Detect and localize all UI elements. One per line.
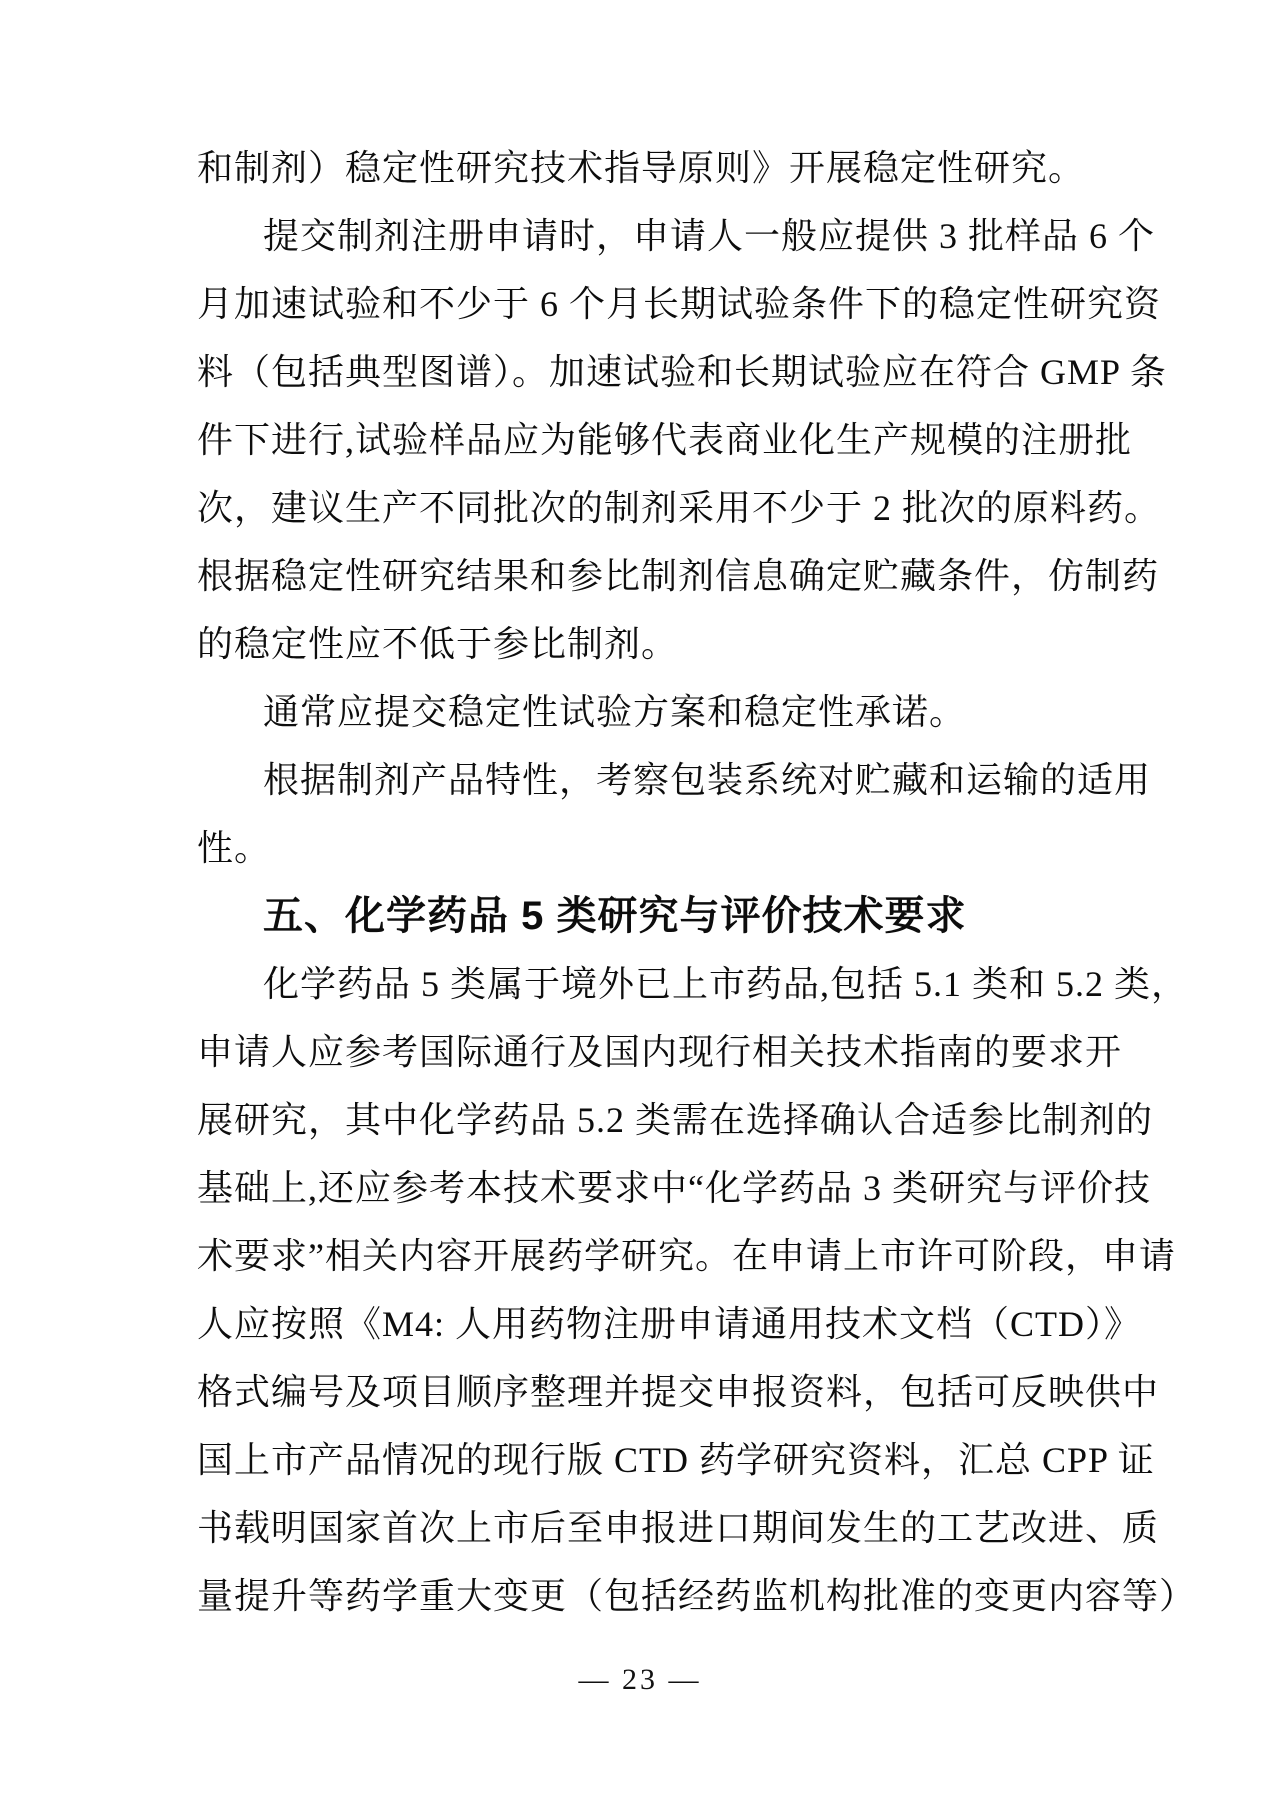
text-line: 次，建议生产不同批次的制剂采用不少于 2 批次的原料药。 bbox=[197, 474, 1085, 542]
text-line: 国上市产品情况的现行版 CTD 药学研究资料，汇总 CPP 证 bbox=[197, 1426, 1085, 1494]
text-line: 件下进行,试验样品应为能够代表商业化生产规模的注册批 bbox=[197, 406, 1085, 474]
text-line: 根据制剂产品特性，考察包装系统对贮藏和运输的适用 bbox=[197, 746, 1085, 814]
text-line: 申请人应参考国际通行及国内现行相关技术指南的要求开 bbox=[197, 1018, 1085, 1086]
text-line: 通常应提交稳定性试验方案和稳定性承诺。 bbox=[197, 678, 1085, 746]
document-page: 和制剂）稳定性研究技术指导原则》开展稳定性研究。提交制剂注册申请时，申请人一般应… bbox=[0, 0, 1280, 1810]
text-line: 提交制剂注册申请时，申请人一般应提供 3 批样品 6 个 bbox=[197, 202, 1085, 270]
page-number: — 23 — bbox=[0, 1658, 1280, 1702]
text-line: 书载明国家首次上市后至申报进口期间发生的工艺改进、质 bbox=[197, 1494, 1085, 1562]
text-line: 量提升等药学重大变更（包括经药监机构批准的变更内容等） bbox=[197, 1562, 1085, 1630]
section-heading: 五、化学药品 5 类研究与评价技术要求 bbox=[197, 882, 1085, 950]
text-line: 展研究，其中化学药品 5.2 类需在选择确认合适参比制剂的 bbox=[197, 1086, 1085, 1154]
text-line: 化学药品 5 类属于境外已上市药品,包括 5.1 类和 5.2 类， bbox=[197, 950, 1085, 1018]
text-line: 人应按照《M4: 人用药物注册申请通用技术文档（CTD）》 bbox=[197, 1290, 1085, 1358]
text-line: 月加速试验和不少于 6 个月长期试验条件下的稳定性研究资 bbox=[197, 270, 1085, 338]
text-line: 的稳定性应不低于参比制剂。 bbox=[197, 610, 1085, 678]
text-line: 格式编号及项目顺序整理并提交申报资料，包括可反映供中 bbox=[197, 1358, 1085, 1426]
text-line: 基础上,还应参考本技术要求中“化学药品 3 类研究与评价技 bbox=[197, 1154, 1085, 1222]
text-line: 和制剂）稳定性研究技术指导原则》开展稳定性研究。 bbox=[197, 134, 1085, 202]
document-body: 和制剂）稳定性研究技术指导原则》开展稳定性研究。提交制剂注册申请时，申请人一般应… bbox=[197, 134, 1085, 1630]
text-line: 根据稳定性研究结果和参比制剂信息确定贮藏条件，仿制药 bbox=[197, 542, 1085, 610]
text-line: 性。 bbox=[197, 814, 1085, 882]
text-line: 术要求”相关内容开展药学研究。在申请上市许可阶段，申请 bbox=[197, 1222, 1085, 1290]
text-line: 料（包括典型图谱）。加速试验和长期试验应在符合 GMP 条 bbox=[197, 338, 1085, 406]
